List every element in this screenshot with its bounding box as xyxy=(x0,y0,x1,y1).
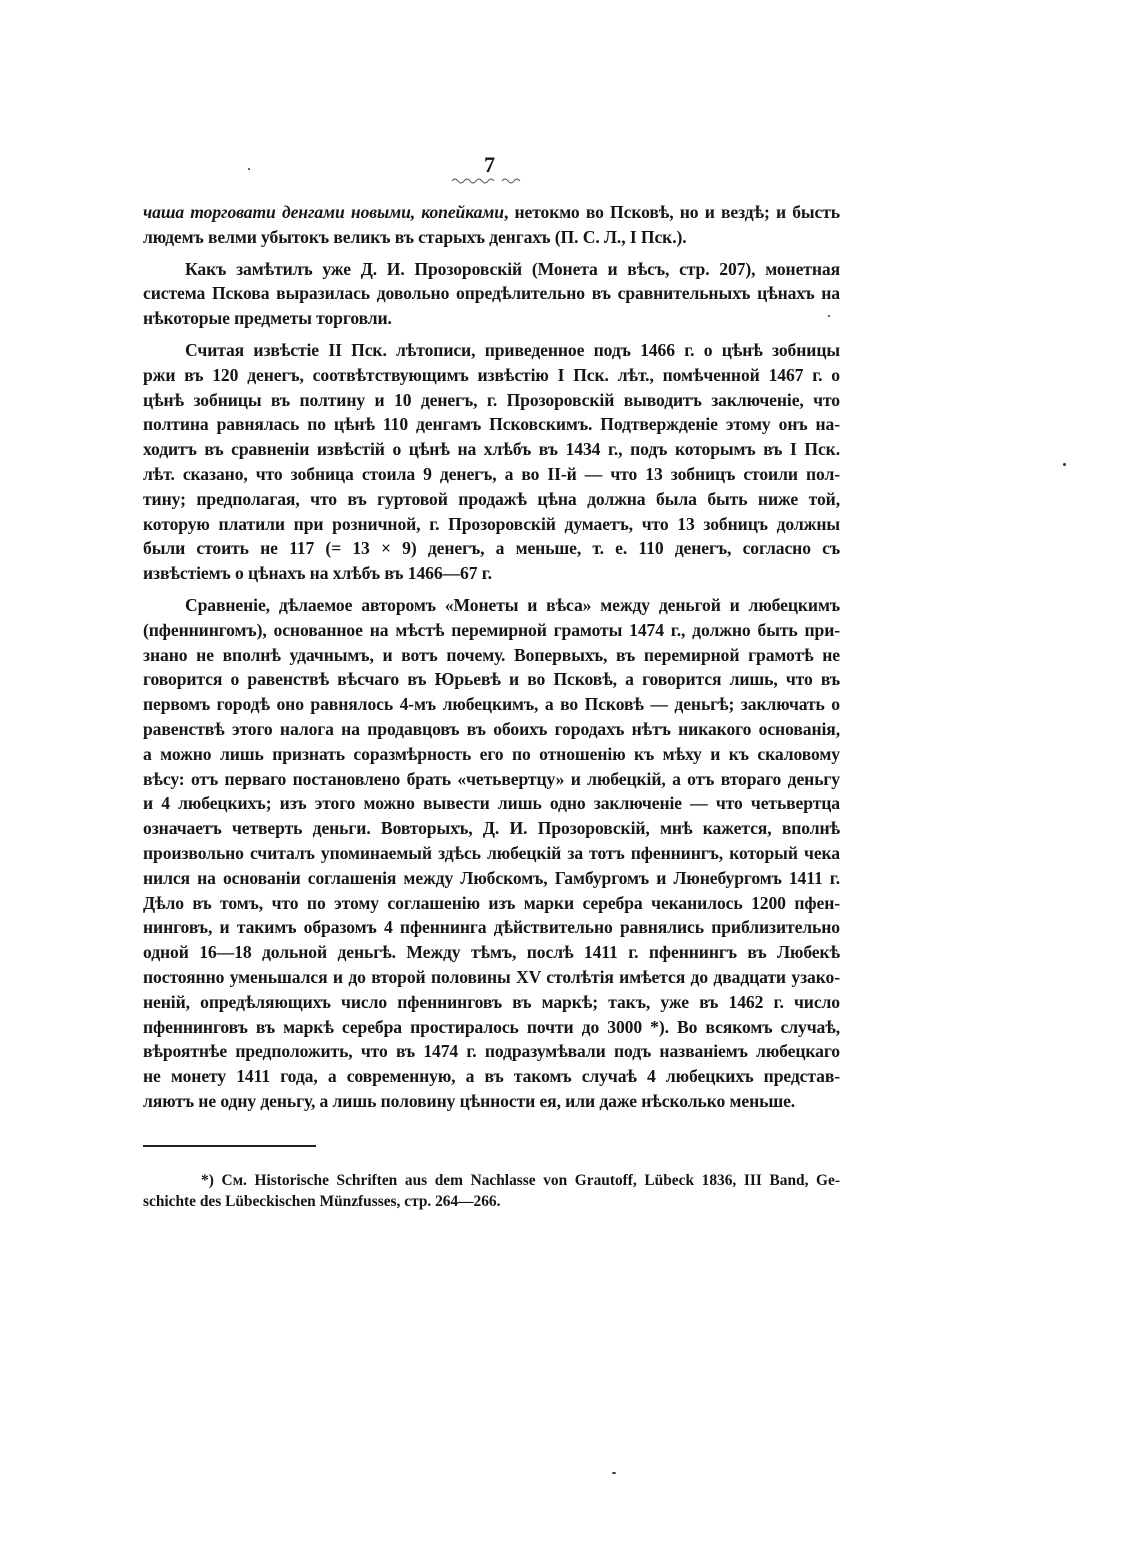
text-line: вѣсу: отъ перваго постановлено брать «че… xyxy=(143,767,840,792)
text-line: извѣстіемъ о цѣнахъ на хлѣбъ въ 1466—67 … xyxy=(143,561,840,586)
text-line: ляютъ не одну деньгу, а лишь половину цѣ… xyxy=(143,1089,840,1114)
text-line: лѣт. сказано, что зобница стоила 9 денег… xyxy=(143,462,840,487)
footnote-line: schichte des Lübeckischen Münzfusses, ст… xyxy=(143,1191,840,1212)
footnote: *) См. Historische Schriften aus dem Nac… xyxy=(143,1170,840,1212)
text-line: ржи въ 120 денегъ, соотвѣтствующимъ извѣ… xyxy=(143,363,840,388)
text-line: Сравненіе, дѣлаемое авторомъ «Монеты и в… xyxy=(143,593,840,618)
text-line: нѣкоторые предметы торговли. xyxy=(143,306,840,331)
scan-speck xyxy=(612,1472,616,1474)
text-line: были стоить не 117 (= 13 × 9) денегъ, а … xyxy=(143,536,840,561)
text-line: а можно лишь признать соразмѣрность его … xyxy=(143,742,840,767)
text-line: означаетъ четверть деньги. Вовторыхъ, Д.… xyxy=(143,816,840,841)
text-line: первомъ городѣ оно равнялось 4-мъ любецк… xyxy=(143,692,840,717)
scan-speck xyxy=(248,168,250,170)
text-line: пфеннинговъ въ маркѣ серебра простиралос… xyxy=(143,1015,840,1040)
text-line: неній, опредѣляющихъ число пфеннинговъ в… xyxy=(143,990,840,1015)
page-number: 7 xyxy=(484,152,495,178)
text-line: полтина равнялась по цѣнѣ 110 денгамъ Пс… xyxy=(143,412,840,437)
text-line: Какъ замѣтилъ уже Д. И. Прозоровскій (Мо… xyxy=(143,257,840,282)
text-line: не монету 1411 года, а современную, а въ… xyxy=(143,1064,840,1089)
body-text: чаша торговати денгами новыми, копейками… xyxy=(143,200,840,1114)
text-line: которую платили при розничной, г. Прозор… xyxy=(143,512,840,537)
italic-quote: чаша торговати денгами новыми, копейками xyxy=(143,202,504,222)
text-line: говорится о равенствѣ вѣсчаго въ Юрьевѣ … xyxy=(143,667,840,692)
text-line: вѣроятнѣе предположить, что въ 1474 г. п… xyxy=(143,1039,840,1064)
text-line: произвольно считалъ упоминаемый здѣсь лю… xyxy=(143,841,840,866)
footnote-separator xyxy=(143,1145,316,1147)
text-line: одной 16—18 дольной деньгѣ. Между тѣмъ, … xyxy=(143,940,840,965)
scan-speck xyxy=(1063,463,1066,466)
text-line: нинговъ, и такимъ образомъ 4 пфеннинга д… xyxy=(143,915,840,940)
text-line: цѣнѣ зобницы въ полтину и 10 денегъ, г. … xyxy=(143,388,840,413)
text-line: постоянно уменьшался и до второй половин… xyxy=(143,965,840,990)
scan-speck xyxy=(828,315,830,317)
text-line: равенствѣ этого налога на продавцовъ въ … xyxy=(143,717,840,742)
text-line: система Пскова выразилась довольно опред… xyxy=(143,281,840,306)
page-number-ornament xyxy=(450,176,540,184)
text-line: знано не вполнѣ удачнымъ, и вотъ почему.… xyxy=(143,643,840,668)
text-line: Считая извѣстіе II Пск. лѣтописи, привед… xyxy=(143,338,840,363)
text-line: (пфеннингомъ), основанное на мѣстѣ перем… xyxy=(143,618,840,643)
text-line: Дѣло въ томъ, что по этому соглашенію из… xyxy=(143,891,840,916)
text-line: нился на основаніи соглашенія между Любс… xyxy=(143,866,840,891)
text-line: и 4 любецкихъ; изъ этого можно вывести л… xyxy=(143,791,840,816)
text-line: чаша торговати денгами новыми, копейками… xyxy=(143,200,840,225)
text-span: , нетокмо во Псковѣ, но и вездѣ; и бысть xyxy=(504,202,840,222)
footnote-line: *) См. Historische Schriften aus dem Nac… xyxy=(143,1170,840,1191)
text-line: тину; предполагая, что въ гуртовой прода… xyxy=(143,487,840,512)
text-line: ходитъ въ сравненіи извѣстій о цѣнѣ на х… xyxy=(143,437,840,462)
text-line: людемъ велми убытокъ великъ въ старыхъ д… xyxy=(143,225,840,250)
